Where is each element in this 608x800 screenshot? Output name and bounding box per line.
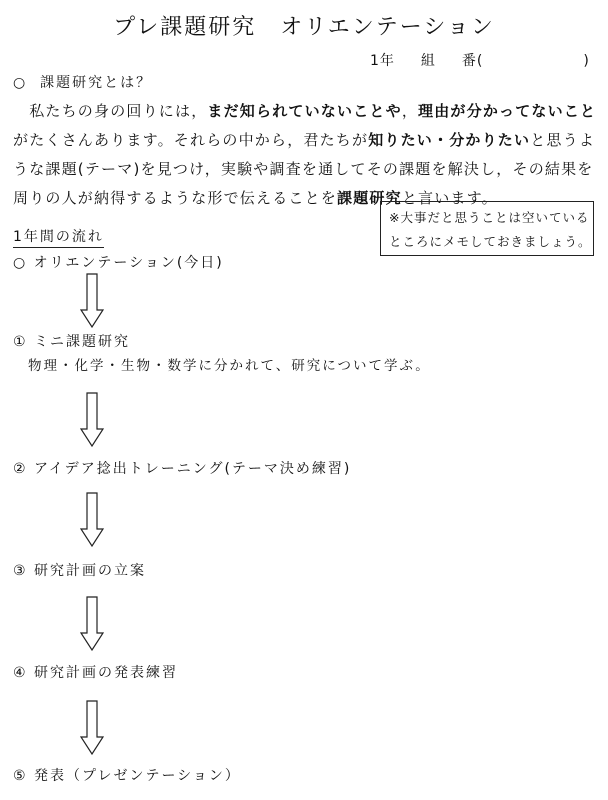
circle-marker-icon: ○ <box>13 75 27 91</box>
flow-step-5: ⑤ 発表（プレゼンテーション） <box>13 765 241 785</box>
grade-label: 1年 <box>370 53 395 69</box>
flow-heading: 1年間の流れ <box>13 226 104 248</box>
down-arrow-icon <box>80 273 104 328</box>
page-title: プレ課題研究 オリエンテーション <box>0 10 608 41</box>
flow-step-3: ③ 研究計画の立案 <box>13 560 146 580</box>
flow-step-4: ④ 研究計画の発表練習 <box>13 662 178 682</box>
down-arrow-icon <box>80 700 104 755</box>
section-heading-text: 課題研究とは？ <box>40 75 152 91</box>
emphasized-text: まだ知られていないことや <box>207 102 401 120</box>
memo-line-2: ところにメモしておきましょう。 <box>389 230 593 254</box>
ban-label: 番( <box>462 53 483 69</box>
emphasized-text: 理由が分かってないこと <box>418 102 596 120</box>
section-heading-what: ○ 課題研究とは？ <box>13 72 152 92</box>
down-arrow-icon <box>80 596 104 651</box>
flow-step-1: ① ミニ課題研究 <box>13 331 130 351</box>
emphasized-text: 知りたい・分かりたい <box>368 131 530 149</box>
class-number-line: 1年組番() <box>370 50 590 70</box>
kumi-label: 組 <box>421 53 436 69</box>
down-arrow-icon <box>80 492 104 547</box>
paragraph-text: 私たちの身の回りには， <box>13 102 207 120</box>
down-arrow-icon <box>80 392 104 447</box>
paragraph-text: ， <box>402 102 418 120</box>
memo-note-box: ※大事だと思うことは空いている ところにメモしておきましょう。 <box>380 201 594 256</box>
name-blank-close: ) <box>583 53 589 69</box>
flow-step-1-description: 物理・化学・生物・数学に分かれて、研究について学ぶ。 <box>28 354 431 374</box>
intro-paragraph: 私たちの身の回りには，まだ知られていないことや，理由が分かってないことがたくさん… <box>13 97 598 213</box>
memo-line-1: ※大事だと思うことは空いている <box>389 206 593 230</box>
paragraph-text: がたくさんあります。それらの中から，君たちが <box>13 131 368 149</box>
flow-step-2: ② アイデア捻出トレーニング(テーマ決め練習) <box>13 458 351 478</box>
flow-step-orientation: ○ オリエンテーション(今日) <box>13 252 224 272</box>
